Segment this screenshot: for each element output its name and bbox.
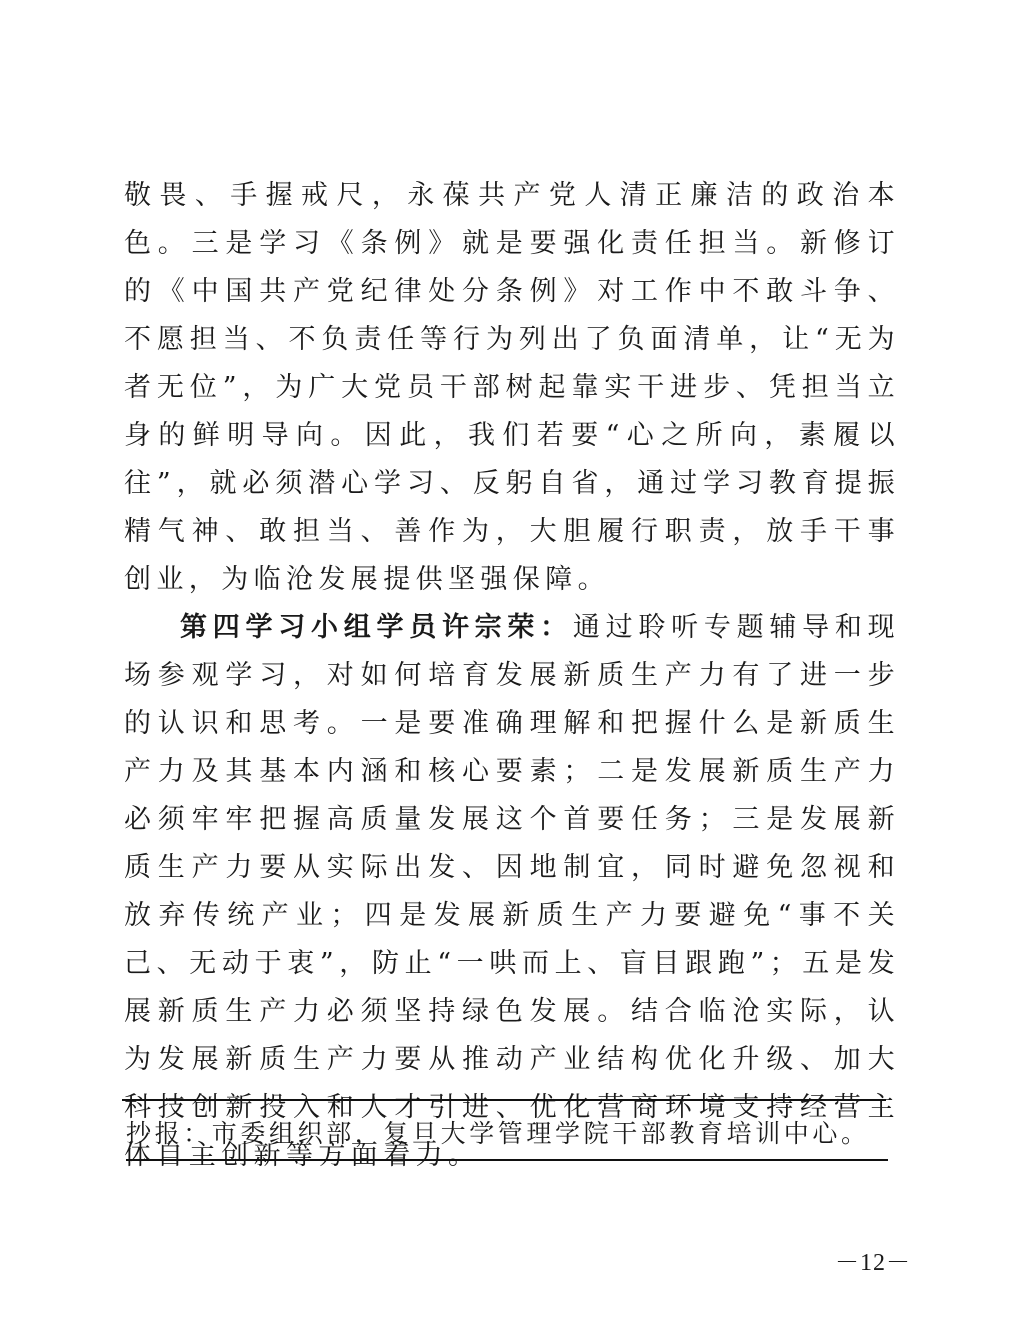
cc-bottom-rule xyxy=(126,1159,888,1161)
document-page: 敬畏、手握戒尺，永葆共产党人清正廉洁的政治本色。三是学习《条例》就是要强化责任担… xyxy=(0,0,1024,1325)
paragraph-text: 通过聆听专题辅导和现场参观学习，对如何培育发展新质生产力有了进一步的认识和思考。… xyxy=(124,612,900,1171)
paragraph-continuation: 敬畏、手握戒尺，永葆共产党人清正廉洁的政治本色。三是学习《条例》就是要强化责任担… xyxy=(124,172,900,604)
paragraph-speaker-statement: 第四学习小组学员许宗荣：通过聆听专题辅导和现场参观学习，对如何培育发展新质生产力… xyxy=(124,604,900,1180)
speaker-label: 第四学习小组学员许宗荣： xyxy=(180,612,573,643)
document-body: 敬畏、手握戒尺，永葆共产党人清正廉洁的政治本色。三是学习《条例》就是要强化责任担… xyxy=(124,172,900,1180)
cc-distribution-line: 抄报：市委组织部，复旦大学管理学院干部教育培训中心。 xyxy=(126,1114,870,1154)
cc-top-rule xyxy=(122,1099,886,1101)
page-number: －12－ xyxy=(835,1249,911,1277)
paragraph-text: 敬畏、手握戒尺，永葆共产党人清正廉洁的政治本色。三是学习《条例》就是要强化责任担… xyxy=(124,180,900,595)
